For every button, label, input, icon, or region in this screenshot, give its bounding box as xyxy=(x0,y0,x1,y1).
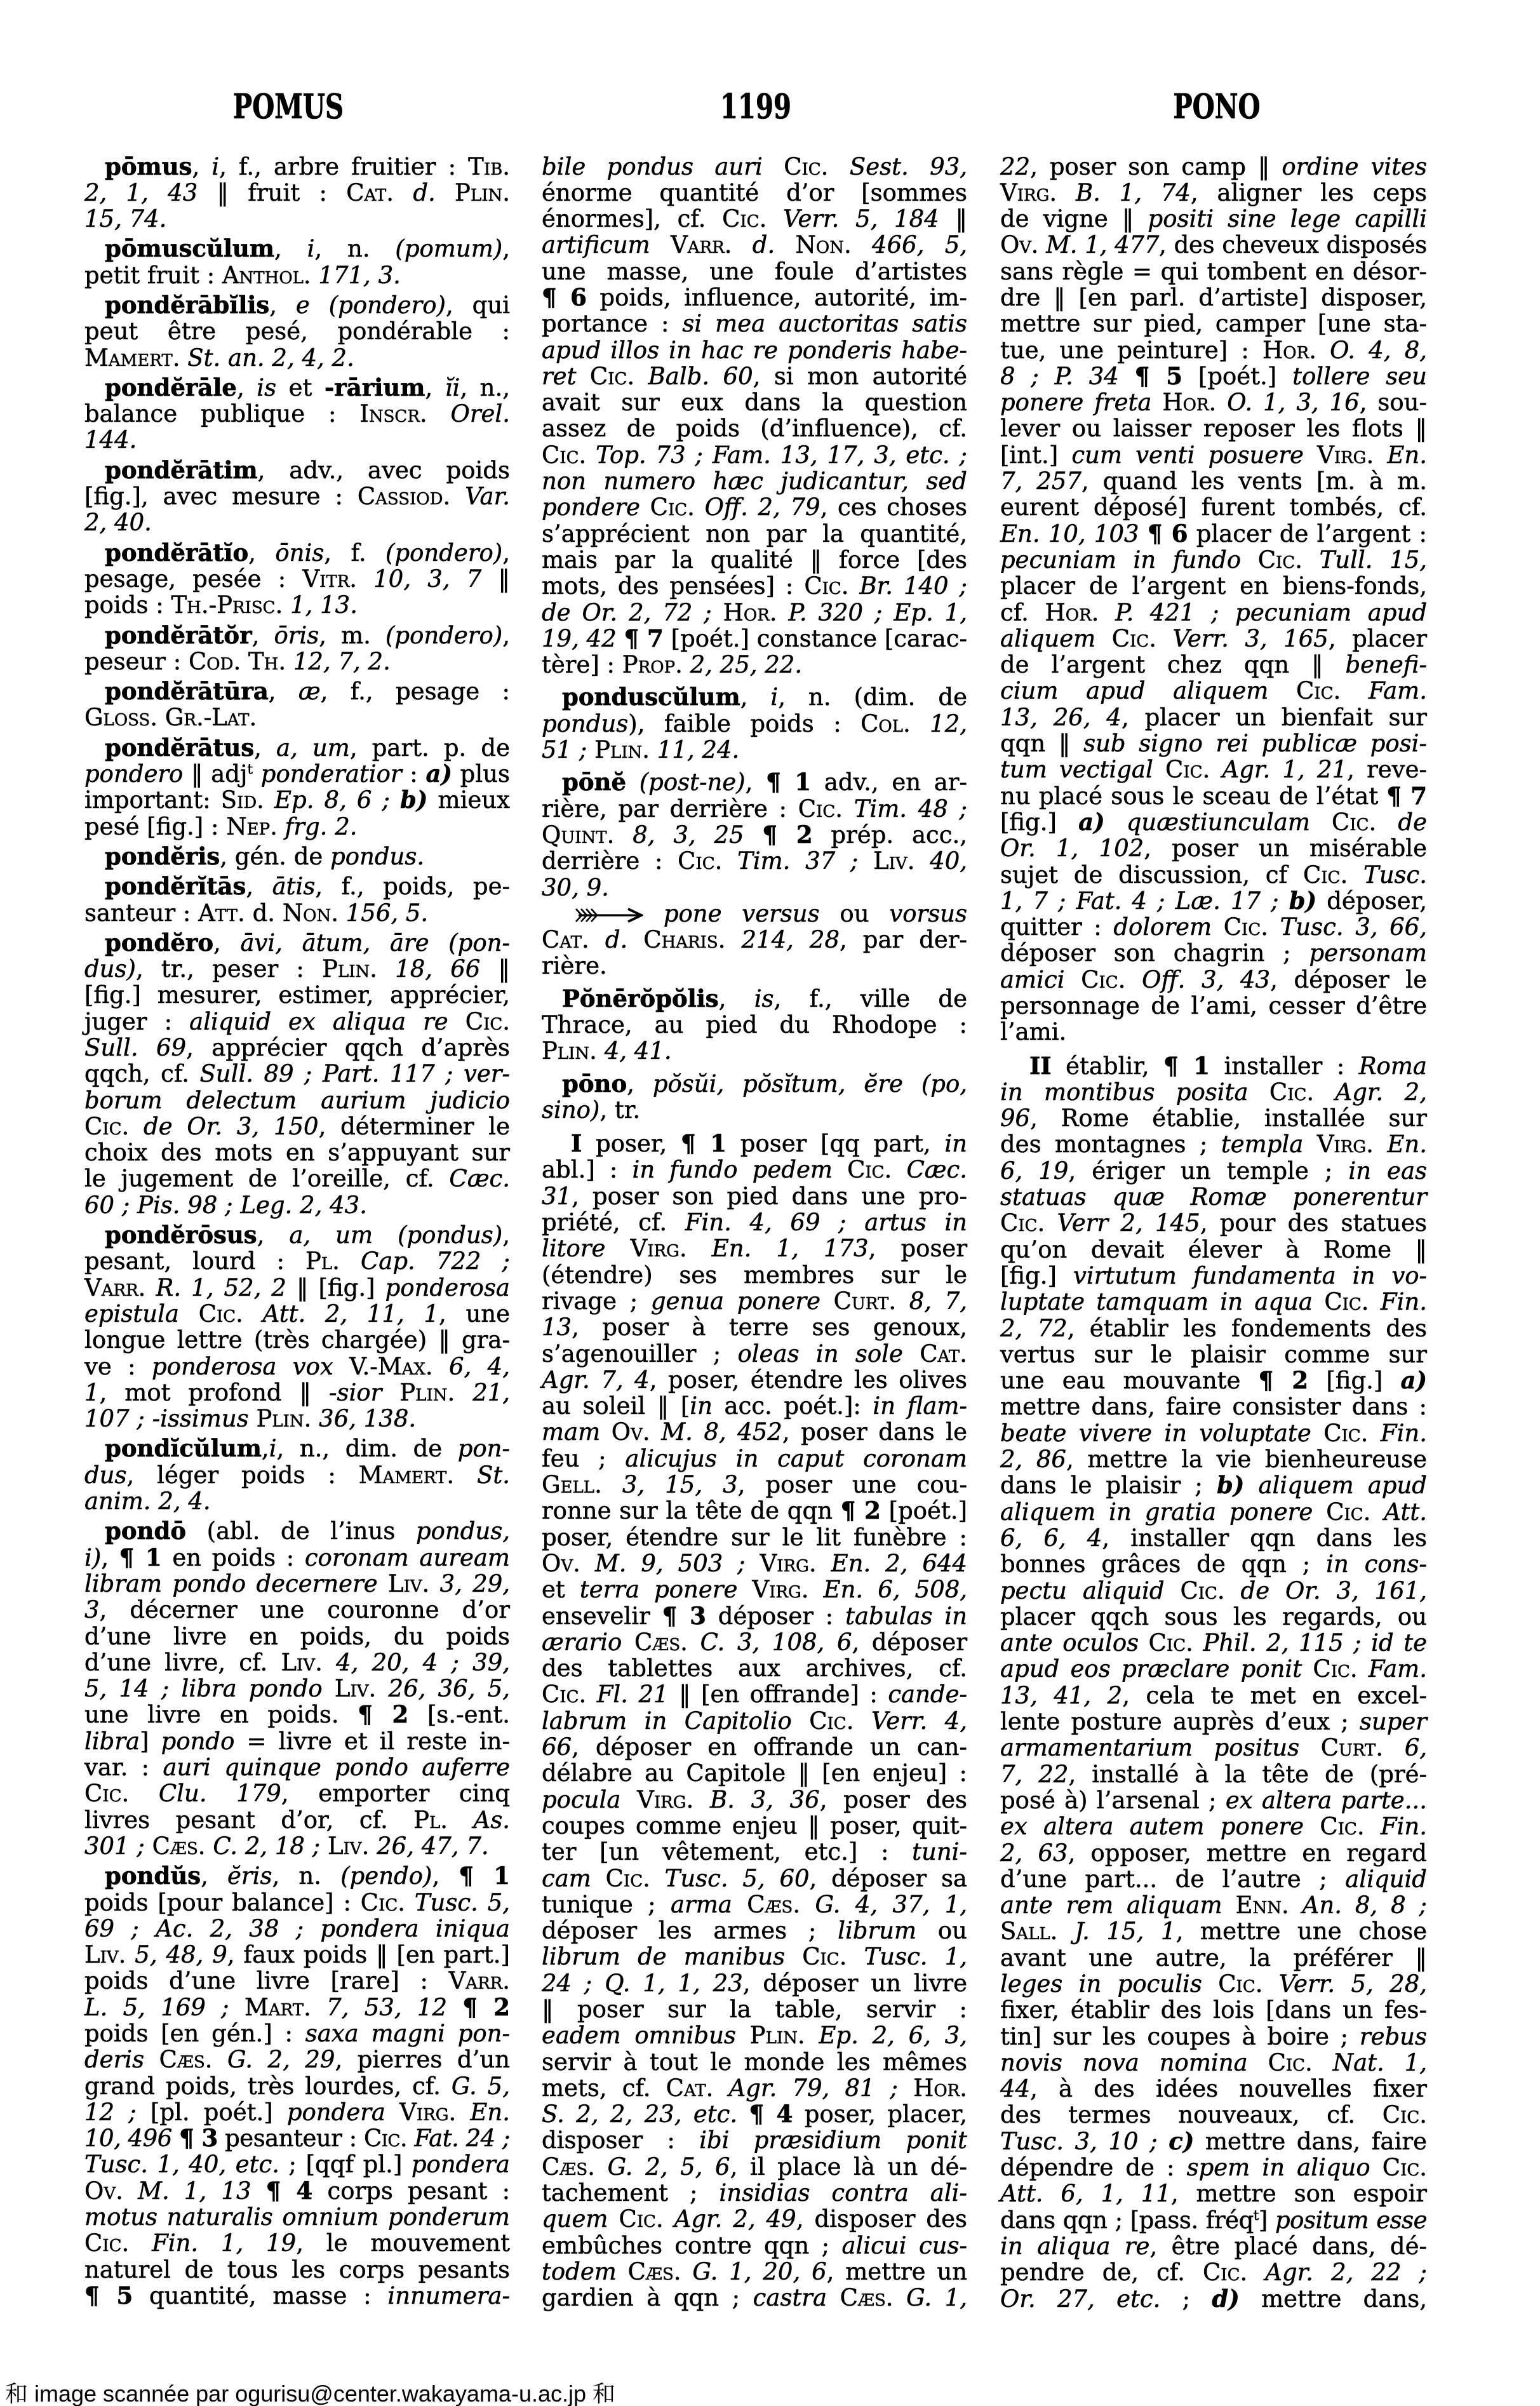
italic-text: P. 320 ; Ep. 1, xyxy=(788,599,967,626)
text-run: vertus sur le plaisir comme sur xyxy=(1000,1341,1427,1368)
italic-text: 1, 13. xyxy=(290,591,358,619)
text-line: pōno, pŏsŭi, pŏsĭtum, ĕre (po, xyxy=(542,1071,967,1097)
italic-text: 2, 72 xyxy=(1000,1315,1068,1342)
dictionary-entry: pondĕrāle, is et -rārium, ĭi, n.,balance… xyxy=(84,375,510,454)
text-line: Cæs. G. 2, 5, 6, il place là un dé- xyxy=(542,2154,967,2180)
text-run: rière. xyxy=(542,952,607,979)
text-run: derrière : xyxy=(542,847,678,875)
text-run xyxy=(450,483,465,510)
text-run: , adv., avec poids xyxy=(258,457,510,484)
text-run: , cela te met en excel- xyxy=(1122,1682,1427,1709)
entry-continuation: bile pondus auri Cic. Sest. 93,énorme qu… xyxy=(542,154,967,678)
sense-number: ¶ 2 xyxy=(841,1496,881,1524)
text-run xyxy=(311,262,319,289)
text-line: ter [un vêtement, etc.] : tuni- xyxy=(542,1839,967,1865)
text-run: = livre et il reste in- xyxy=(234,1728,510,1755)
italic-text: -sior xyxy=(329,1379,382,1406)
author-abbreviation: Ov. xyxy=(612,1418,650,1446)
text-run: ] xyxy=(140,1728,161,1755)
italic-text: Fin. xyxy=(1381,1420,1427,1447)
author-abbreviation: Virg. xyxy=(752,1576,808,1603)
text-line: pondĕrātŏr, ōris, m. (pondero), xyxy=(84,622,510,649)
author-abbreviation: Ov. xyxy=(84,2177,123,2205)
text-line: une eau mouvante ¶ 2 [fig.] a) xyxy=(1000,1368,1427,1394)
text-run: , xyxy=(740,683,771,711)
text-line: grand poids, très lourdes, cf. G. 5, xyxy=(84,2073,510,2099)
text-run: gardien à qqn ; xyxy=(542,2284,753,2311)
text-run: s’agenouiller ; xyxy=(542,1340,738,1368)
italic-text: Fat. 24 ; xyxy=(415,2125,511,2152)
text-run xyxy=(179,1300,199,1327)
text-run: , déposer sa xyxy=(810,1865,967,1892)
author-abbreviation: Plin. xyxy=(256,1405,311,1432)
text-run: , xyxy=(252,622,274,649)
italic-text: 96 xyxy=(1000,1105,1030,1132)
italic-text: d. xyxy=(605,926,627,953)
text-run xyxy=(129,1113,144,1140)
text-run: ‖ adj xyxy=(183,760,247,788)
text-run: avant une autre, la préférer ‖ xyxy=(1000,1944,1427,1972)
text-run xyxy=(1303,1131,1316,1158)
text-line: eurent déposé] furent tombés, cf. xyxy=(1000,494,1427,520)
text-run xyxy=(587,736,594,763)
dictionary-entry: pondĕrātim, adv., avec poids[fig.], avec… xyxy=(84,457,510,536)
text-run: nu placé sous le sceau de l’état xyxy=(1000,783,1386,810)
italic-text: 6, xyxy=(1405,1734,1427,1761)
author-abbreviation: Cat. xyxy=(666,2074,714,2102)
text-run: ; xyxy=(1160,2285,1212,2313)
text-run: : xyxy=(402,760,426,788)
text-run xyxy=(1057,179,1076,206)
text-run xyxy=(1358,1655,1369,1683)
text-line: 13, 26, 4, placer un bienfait sur xyxy=(1000,704,1427,730)
author-abbreviation: Cic. xyxy=(1203,2259,1247,2286)
italic-text: Fin. xyxy=(1381,1813,1427,1840)
text-line: naturel de tous les corps pesants xyxy=(84,2257,510,2283)
text-run: juger : xyxy=(84,1008,189,1035)
text-line: 7, 22, installé à la tête de (pré- xyxy=(1000,1761,1427,1787)
text-run xyxy=(763,153,784,180)
text-run xyxy=(595,2153,608,2181)
text-run xyxy=(1383,1734,1405,1761)
scan-credit: 和 image scannée par ogurisu@center.wakay… xyxy=(5,2382,615,2405)
italic-text: 3 xyxy=(84,1596,100,1623)
text-run xyxy=(1374,441,1387,469)
text-line: 7, 257, quand les vents [m. à m. xyxy=(1000,468,1427,494)
text-run xyxy=(736,2022,750,2049)
italic-text: positi sine lege capilli xyxy=(1148,205,1427,232)
text-run: servir à tout le monde les mêmes xyxy=(542,2048,967,2076)
text-line: 144. xyxy=(84,427,510,453)
text-run xyxy=(448,1806,473,1834)
italic-text: apud illos in hac re ponderis habe- xyxy=(542,337,967,364)
dictionary-entry: pondĕris, gén. de pondus. xyxy=(84,843,510,870)
text-line: ærario Cæs. C. 3, 108, 6, déposer xyxy=(542,1629,967,1655)
right-guide-word: PONO xyxy=(1173,90,1260,124)
text-run xyxy=(126,1941,135,1968)
italic-text: vorsus xyxy=(889,900,967,927)
text-run: peut être pesé, pondérable : xyxy=(84,318,510,345)
text-line: Tusc. 3, 10 ; c) mettre dans, faire xyxy=(1000,2128,1427,2154)
text-run xyxy=(376,1675,388,1702)
text-run: déposer les armes ; xyxy=(542,1917,838,1944)
author-abbreviation: Liv. xyxy=(388,1570,429,1597)
italic-text: En. 10, 103 xyxy=(1000,520,1139,548)
text-run xyxy=(911,710,930,737)
text-run xyxy=(650,1865,665,1892)
text-line: Cic. Top. 73 ; Fam. 13, 17, 3, etc. ; xyxy=(542,442,967,468)
text-run: , décerner une couronne d’or xyxy=(100,1596,510,1623)
text-run xyxy=(1289,1892,1302,1919)
author-abbreviation: Cic. xyxy=(1320,1813,1364,1840)
italic-text: si mea auctoritas satis xyxy=(682,310,967,337)
italic-text: labrum in Capitolio xyxy=(542,1707,792,1735)
text-run: , xyxy=(502,622,510,649)
text-run: dre ‖ [en parl. d’artiste] disposer, xyxy=(1000,284,1427,311)
page-number: 1199 xyxy=(720,90,791,124)
text-run: mettre sur pied, camper [une sta- xyxy=(1000,310,1427,337)
headword: pondŭs xyxy=(105,1862,201,1890)
italic-text: Tusc. 3, 10 ; xyxy=(1000,2128,1158,2155)
text-run xyxy=(586,441,596,469)
author-abbreviation: Cic. xyxy=(1218,1970,1262,1998)
text-run xyxy=(903,1340,920,1368)
italic-text: 13, 41, 2 xyxy=(1000,1682,1122,1709)
text-run: , xyxy=(425,374,445,401)
text-run xyxy=(1268,913,1280,941)
sense-number: ¶ 2 xyxy=(762,821,812,849)
text-line: anim. 2, 4. xyxy=(84,1488,510,1514)
text-run xyxy=(427,400,451,427)
text-run: ensevelir xyxy=(542,1603,662,1630)
text-run: , à des idées nouvelles fixer xyxy=(1030,2075,1427,2102)
text-line: priété, cf. Fin. 4, 69 ; artus in xyxy=(542,1209,967,1235)
text-line: litore Virg. En. 1, 173, poser xyxy=(542,1235,967,1261)
italic-text: ante rem aliquam xyxy=(1000,1892,1222,1919)
author-abbreviation: Curt. xyxy=(1321,1734,1383,1761)
text-run: , xyxy=(257,1221,290,1249)
italic-text: Verr. 5, 184 xyxy=(783,205,939,232)
italic-text: armamentarium positus xyxy=(1000,1734,1299,1761)
text-line: mais par la qualité ‖ force [des xyxy=(542,547,967,573)
text-line: au soleil ‖ [in acc. poét.]: in flam- xyxy=(542,1393,967,1419)
text-run: , déposer xyxy=(852,1629,967,1656)
text-run xyxy=(608,2205,619,2233)
subsense-label: a) xyxy=(1078,808,1104,836)
italic-text: genua ponere xyxy=(651,1287,820,1315)
italic-text: Tusc. 1, xyxy=(864,1943,967,1970)
dictionary-entry: Pŏnērŏpŏlis, is, f., ville deThrace, au … xyxy=(542,986,967,1065)
text-run xyxy=(1125,966,1142,993)
text-line: pesé [fig.] : Nep. frg. 2. xyxy=(84,814,510,840)
text-line: s’agenouiller ; oleas in sole Cat. xyxy=(542,1341,967,1367)
text-run xyxy=(1279,887,1289,915)
italic-text: a, um xyxy=(276,734,350,762)
italic-text: frg. 2. xyxy=(285,813,358,840)
text-line: 60 ; Pis. 98 ; Leg. 2, 43. xyxy=(84,1192,510,1218)
author-abbreviation: Hor. xyxy=(1162,389,1216,416)
author-abbreviation: Mart. xyxy=(244,1994,311,2021)
text-line: Liv. 5, 48, 9, faux poids ‖ [en part.] xyxy=(84,1942,510,1968)
text-run: , poser son pied dans une pro- xyxy=(572,1183,967,1210)
text-run xyxy=(129,1780,159,1807)
dictionary-entry: pōnĕ (post-ne), ¶ 1 adv., en ar-rière, p… xyxy=(542,769,967,900)
text-run: , xyxy=(274,235,307,262)
text-run: avait sur eux dans la question xyxy=(542,389,967,416)
bold-term: -rārium xyxy=(325,373,425,401)
text-run xyxy=(1247,2259,1265,2286)
italic-text: borum delectum aurium judicio xyxy=(84,1087,510,1114)
text-run: [fig.] xyxy=(1000,809,1078,836)
italic-text: 66 xyxy=(542,1733,572,1761)
text-line: ve : ponderosa vox V.-Max. 6, 4, xyxy=(84,1354,510,1380)
sense-number: ¶ 1 xyxy=(766,768,811,796)
italic-text: 4, 41. xyxy=(605,1037,672,1065)
italic-text: ponderosa vox xyxy=(152,1353,333,1380)
text-run: , n., xyxy=(460,374,510,401)
italic-text: 12 ; xyxy=(84,2099,137,2126)
text-line: 301 ; Cæs. C. 2, 18 ; Liv. 26, 47, 7. xyxy=(84,1833,510,1859)
sense-number: ¶ 1 xyxy=(459,1862,510,1890)
text-line: dépendre de : spem in aliquo Cic. xyxy=(1000,2154,1427,2181)
text-run: , poser dans le xyxy=(782,1418,967,1446)
text-run xyxy=(591,1865,606,1892)
text-run: , xyxy=(269,678,298,705)
text-run: d’une livre, cf. xyxy=(84,1649,281,1676)
italic-text: 7, 22 xyxy=(1000,1761,1068,1788)
italic-text: St. xyxy=(477,1462,510,1489)
italic-text: in eas xyxy=(1348,1157,1427,1185)
italic-text: non numero hæc judicantur, sed xyxy=(542,467,967,495)
superscript: t xyxy=(247,762,253,777)
text-run xyxy=(817,1550,831,1577)
author-abbreviation: Cic. xyxy=(798,795,843,823)
italic-text: virtutum fundamenta in vo- xyxy=(1073,1262,1427,1289)
text-run xyxy=(206,1832,213,1860)
text-run: , xyxy=(237,374,257,401)
text-run: petit fruit : xyxy=(84,262,222,289)
text-run xyxy=(394,179,413,206)
text-line: deris Cæs. G. 2, 29, pierres d’un xyxy=(84,2046,510,2073)
author-abbreviation: Curt. xyxy=(834,1287,896,1315)
italic-text: Clu. 179 xyxy=(159,1780,281,1807)
text-run: , xyxy=(746,769,766,796)
text-run: une eau mouvante xyxy=(1000,1367,1259,1394)
text-line: 51 ; Plin. 11, 24. xyxy=(542,737,967,763)
text-column-left: pōmus, i, f., arbre fruitier : Tib.2, 1,… xyxy=(84,154,510,2309)
text-run xyxy=(827,2284,840,2311)
italic-text: 7, 53, 12 xyxy=(326,1994,447,2021)
text-run xyxy=(382,1379,399,1406)
text-run: , poser une cou- xyxy=(738,1471,967,1498)
author-abbreviation: Cic. xyxy=(542,441,586,469)
text-run: mets, cf. xyxy=(542,2074,666,2102)
text-run xyxy=(688,1629,700,1656)
text-line: tère] : Prop. 2, 25, 22. xyxy=(542,652,967,678)
italic-text: (pondero) xyxy=(385,539,502,567)
italic-text: Att. xyxy=(1384,1498,1427,1526)
text-run: bonnes grâces de qqn ; xyxy=(1000,1550,1326,1578)
italic-text: 19, 42 xyxy=(542,625,617,652)
text-run: , poser, étendre les olives xyxy=(650,1366,967,1394)
author-abbreviation: Enn. xyxy=(1235,1892,1289,1919)
text-line: Thrace, au pied du Rhodope : xyxy=(542,1012,967,1038)
text-line: pondus), faible poids : Col. 12, xyxy=(542,711,967,737)
text-run: , par der- xyxy=(840,926,967,953)
author-abbreviation: Cic. xyxy=(1383,2101,1427,2128)
sense-number: ¶ 2 xyxy=(462,1993,510,2021)
italic-text: Fin. 4, 69 ; artus in xyxy=(685,1209,967,1236)
text-run: lever ou laisser reposer les flots ‖ xyxy=(1000,415,1427,442)
text-run: [poét.] xyxy=(881,1497,967,1524)
italic-text: 4, 20, 4 ; 39, xyxy=(336,1649,510,1676)
text-run xyxy=(858,847,873,875)
text-line: pondĕrābĭlis, e (pondero), qui xyxy=(84,292,510,318)
author-abbreviation: Cic. xyxy=(802,1943,847,1970)
author-abbreviation: Quint. xyxy=(542,821,614,849)
text-line: sino), tr. xyxy=(542,1097,967,1123)
text-line: 6, 19, ériger un temple ; in eas xyxy=(1000,1158,1427,1184)
text-line: poids d’une livre [rare] : Varr. xyxy=(84,1968,510,1994)
text-run: délabre au Capitole ‖ [en enjeu] : xyxy=(542,1759,967,1787)
dictionary-entry: pondĕrābĭlis, e (pondero), quipeut être … xyxy=(84,292,510,371)
feathered-arrow-icon xyxy=(575,907,643,924)
italic-text: S. 2, 2, 23, etc. xyxy=(542,2100,737,2128)
text-line: des tablettes aux archives, cf. xyxy=(542,1655,967,1681)
italic-text: pondus. xyxy=(330,843,424,870)
text-run: ‖ [en offrande] : xyxy=(669,1681,888,1708)
italic-text: auri quinque pondo auferre xyxy=(163,1754,510,1781)
text-run: , reve- xyxy=(1347,756,1427,783)
author-abbreviation: Hor. xyxy=(1262,337,1316,364)
text-run xyxy=(1370,2154,1383,2181)
author-abbreviation: Cic. xyxy=(1296,677,1341,704)
italic-text: artificum xyxy=(542,231,650,259)
author-abbreviation: Cic. xyxy=(1268,2049,1313,2076)
text-line: libram pondo decernere Liv. 3, 29, xyxy=(84,1571,510,1597)
text-run: , mettre un xyxy=(827,2258,967,2285)
text-line: Cic. de Or. 3, 150, déterminer le xyxy=(84,1113,510,1139)
text-run: , disposer des xyxy=(796,2205,967,2233)
text-run: déposer son chagrin ; xyxy=(1000,939,1309,967)
text-run: placer de l’argent : xyxy=(1188,520,1427,548)
text-line: ex altera autem ponere Cic. Fin. xyxy=(1000,1813,1427,1839)
italic-text: 24 ; Q. 1, 1, 23 xyxy=(542,1970,743,1997)
text-run: prép. acc., xyxy=(813,821,967,849)
sense-number: ¶ 5 xyxy=(84,2282,133,2309)
text-line: pesant, lourd : Pl. Cap. 722 ; xyxy=(84,1248,510,1274)
text-run xyxy=(681,2258,693,2285)
text-run xyxy=(1314,1079,1335,1106)
italic-text: Tim. 37 ; xyxy=(737,847,858,875)
author-abbreviation: Prop. xyxy=(622,651,683,678)
text-run: , qui xyxy=(446,292,510,319)
author-abbreviation: Cic. xyxy=(804,572,848,600)
text-run: énorme quantité d’or [sommes xyxy=(542,179,967,206)
text-run: au soleil ‖ [ xyxy=(542,1392,690,1420)
dictionary-entry: pondĕro, āvi, ātum, āre (pon-dus), tr., … xyxy=(84,930,510,1218)
text-run xyxy=(1341,677,1369,704)
author-abbreviation: Cod. Th. xyxy=(189,648,286,675)
text-run: , déposer un livre xyxy=(743,1970,967,1997)
text-run: embûches contre qqn ; xyxy=(542,2232,841,2259)
text-line: santeur : Att. d. Non. 156, 5. xyxy=(84,900,510,926)
text-line: bile pondus auri Cic. Sest. 93, xyxy=(542,154,967,180)
italic-text: sino) xyxy=(542,1096,599,1124)
author-abbreviation: Virg. xyxy=(631,1235,687,1262)
text-line: pondŭs, ĕris, n. (pendo), ¶ 1 xyxy=(84,1863,510,1889)
text-line: 24 ; Q. 1, 1, 23, déposer un livre xyxy=(542,1970,967,1996)
text-run: poser, placer, xyxy=(793,2100,967,2128)
italic-text: positum esse xyxy=(1275,2207,1427,2234)
text-line: tunique ; arma Cæs. G. 4, 37, 1, xyxy=(542,1892,967,1918)
italic-text: librum xyxy=(838,1917,916,1944)
text-run xyxy=(1210,756,1222,783)
text-line: peseur : Cod. Th. 12, 7, 2. xyxy=(84,649,510,675)
text-run xyxy=(820,1287,834,1315)
text-line: pondĕro, āvi, ātum, āre (pon- xyxy=(84,930,510,956)
italic-text: tabulas in xyxy=(845,1603,967,1630)
text-line: 44, à des idées nouvelles fixer xyxy=(1000,2076,1427,2102)
italic-text: de Or. 2, 72 ; xyxy=(542,599,712,626)
text-run xyxy=(145,1274,156,1301)
text-line: sujet de discussion, cf Cic. Tusc. xyxy=(1000,862,1427,888)
text-run xyxy=(323,1649,336,1676)
author-abbreviation: Cat. xyxy=(346,179,394,206)
italic-text: 69 ; Ac. 2, 38 ; pondera iniqua xyxy=(84,1915,510,1942)
text-run xyxy=(283,591,290,619)
text-run: , établir les fondements des xyxy=(1068,1315,1427,1342)
sense-number: ¶ 3 xyxy=(662,1602,706,1630)
italic-text: (pendo) xyxy=(340,1862,432,1890)
text-line: bonnes grâces de qqn ; in cons- xyxy=(1000,1551,1427,1577)
italic-text: M. 1, 477 xyxy=(1046,231,1159,259)
text-run xyxy=(896,1287,909,1315)
text-run: pesanteur : xyxy=(218,2125,364,2152)
text-line: 22, poser son camp ‖ ordine vites xyxy=(1000,154,1427,180)
text-run: mots, des pensées] : xyxy=(542,572,804,600)
italic-text: mam xyxy=(542,1418,600,1446)
text-line: 66, déposer en offrande un can- xyxy=(542,1734,967,1760)
italic-text: cium apud aliquem xyxy=(1000,677,1268,704)
italic-text: alicujus in caput coronam xyxy=(625,1445,967,1472)
text-line: tachement ; insidias contra ali- xyxy=(542,2180,967,2206)
text-run xyxy=(1139,1629,1149,1657)
text-run: , xyxy=(502,235,510,262)
text-line: mettre dans, faire consister dans : xyxy=(1000,1394,1427,1420)
text-run: ‖ xyxy=(480,955,510,983)
italic-text: Off. 2, 79 xyxy=(705,494,820,521)
headword: pōnĕ xyxy=(562,768,626,796)
text-line: ensevelir ¶ 3 déposer : tabulas in xyxy=(542,1603,967,1629)
text-run xyxy=(145,1832,152,1860)
dictionary-page: POMUS 1199 PONO pōmus, i, f., arbre frui… xyxy=(0,0,1540,2406)
text-run: [fig.], avec mesure : xyxy=(84,483,358,510)
text-line: ponere freta Hor. O. 1, 3, 16, sou- xyxy=(1000,389,1427,415)
text-run: , mettre son espoir xyxy=(1171,2180,1427,2207)
dictionary-entry: pondĭcŭlum,i, n., dim. de pon-dus, léger… xyxy=(84,1435,510,1514)
italic-text: Cæc. xyxy=(906,1156,967,1183)
text-run: une livre en poids. xyxy=(84,1701,358,1728)
author-abbreviation: Cic. xyxy=(809,1707,854,1735)
italic-text: G. 1, xyxy=(906,2284,967,2311)
italic-text: libram pondo decernere xyxy=(84,1570,378,1597)
italic-text: 1, 7 ; Fat. 4 ; Læ. 17 ; xyxy=(1000,887,1279,915)
text-run: mieux xyxy=(427,786,510,814)
text-line: servir à tout le monde les mêmes xyxy=(542,2049,967,2075)
author-abbreviation: Cæs. xyxy=(628,2258,681,2285)
text-line: Virg. B. 1, 74, aligner les ceps xyxy=(1000,180,1427,206)
